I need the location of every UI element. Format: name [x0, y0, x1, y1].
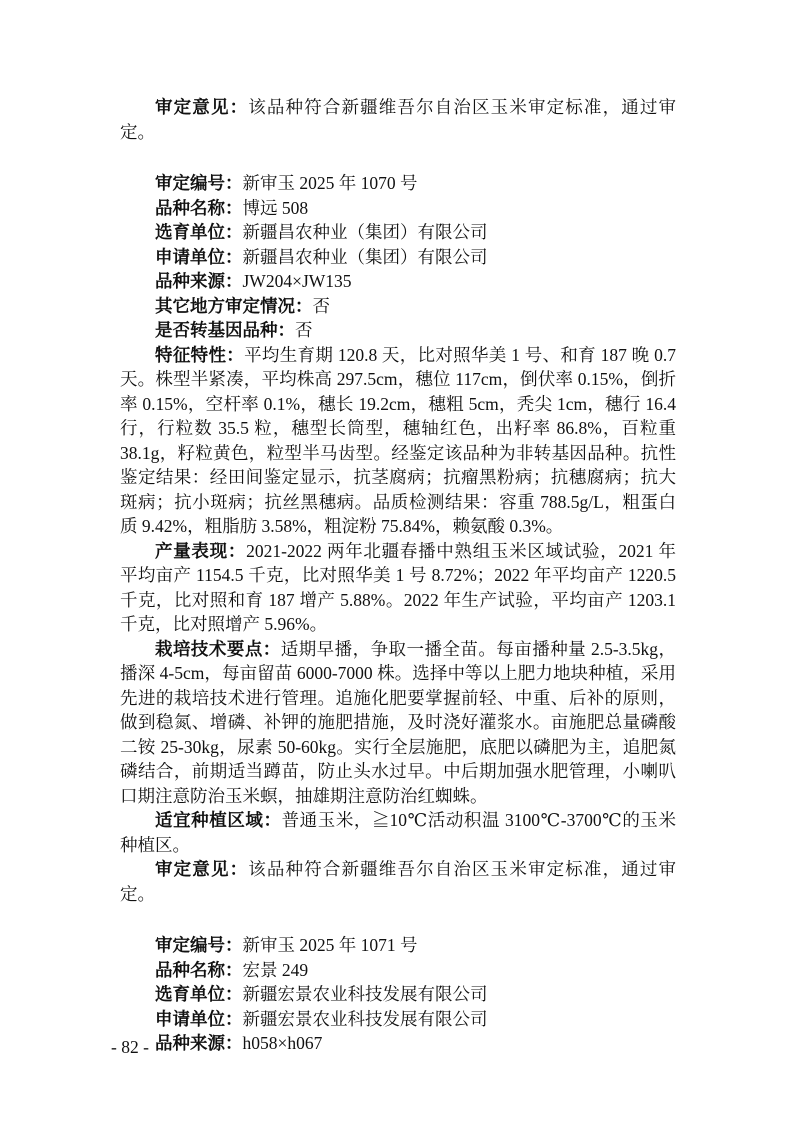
field-value: h058×h067 — [243, 1033, 323, 1053]
approval-opinion-previous: 审定意见：该品种符合新疆维吾尔自治区玉米审定标准，通过审定。 — [120, 95, 676, 144]
document-content: 审定意见：该品种符合新疆维吾尔自治区玉米审定标准，通过审定。 审定编号：新审玉 … — [120, 95, 676, 1056]
field-value: 宏景 249 — [243, 960, 309, 980]
field-label: 选育单位： — [155, 222, 243, 242]
field-label: 品种来源： — [155, 1033, 243, 1053]
field-value: 新疆昌农种业（集团）有限公司 — [243, 222, 488, 242]
paragraph-label: 产量表现： — [155, 541, 246, 561]
paragraph-text: 适期早播，争取一播全苗。每亩播种量 2.5-3.5kg，播深 4-5cm，每亩留… — [120, 639, 676, 806]
field-row-breeding-unit: 选育单位：新疆昌农种业（集团）有限公司 — [120, 220, 676, 245]
field-label: 申请单位： — [155, 247, 243, 267]
field-row-variety-source: 品种来源：JW204×JW135 — [120, 269, 676, 294]
field-label: 是否转基因品种： — [155, 320, 295, 340]
field-value: 博远 508 — [243, 198, 309, 218]
field-label: 申请单位： — [155, 1009, 243, 1029]
page-number: - 82 - — [111, 1035, 149, 1060]
paragraph-label: 特征特性： — [155, 345, 244, 365]
paragraph-characteristics: 特征特性：平均生育期 120.8 天，比对照华美 1 号、和育 187 晚 0.… — [120, 343, 676, 539]
field-label: 审定编号： — [155, 935, 243, 955]
field-value: JW204×JW135 — [243, 271, 352, 291]
paragraph-label: 审定意见： — [155, 859, 248, 879]
field-label: 审定意见： — [155, 97, 248, 117]
field-row-transgenic-status: 是否转基因品种：否 — [120, 318, 676, 343]
field-label: 品种来源： — [155, 271, 243, 291]
paragraph-suitable-planting-area: 适宜种植区域：普通玉米，≧10℃活动积温 3100℃-3700℃的玉米种植区。 — [120, 808, 676, 857]
field-value: 新疆宏景农业科技发展有限公司 — [243, 1009, 488, 1029]
field-row-breeding-unit: 选育单位：新疆宏景农业科技发展有限公司 — [120, 982, 676, 1007]
field-row-variety-name: 品种名称：博远 508 — [120, 196, 676, 221]
paragraph-cultivation-techniques: 栽培技术要点：适期早播，争取一播全苗。每亩播种量 2.5-3.5kg，播深 4-… — [120, 637, 676, 809]
field-value: 新疆宏景农业科技发展有限公司 — [243, 984, 488, 1004]
field-row-applicant-unit: 申请单位：新疆昌农种业（集团）有限公司 — [120, 245, 676, 270]
field-value: 新疆昌农种业（集团）有限公司 — [243, 247, 488, 267]
paragraph-yield-performance: 产量表现：2021-2022 两年北疆春播中熟组玉米区域试验，2021 年平均亩… — [120, 539, 676, 637]
field-value: 否 — [313, 296, 331, 316]
field-row-approval-number: 审定编号：新审玉 2025 年 1071 号 — [120, 933, 676, 958]
field-value: 新审玉 2025 年 1071 号 — [243, 935, 418, 955]
paragraph-approval-opinion: 审定意见：该品种符合新疆维吾尔自治区玉米审定标准，通过审定。 — [120, 857, 676, 906]
paragraph-label: 栽培技术要点： — [155, 639, 281, 659]
field-label: 品种名称： — [155, 198, 243, 218]
document-page: 审定意见：该品种符合新疆维吾尔自治区玉米审定标准，通过审定。 审定编号：新审玉 … — [0, 0, 793, 1122]
paragraph-label: 适宜种植区域： — [155, 810, 282, 830]
field-label: 其它地方审定情况： — [155, 296, 313, 316]
field-row-variety-name: 品种名称：宏景 249 — [120, 958, 676, 983]
field-label: 选育单位： — [155, 984, 243, 1004]
field-row-applicant-unit: 申请单位：新疆宏景农业科技发展有限公司 — [120, 1007, 676, 1032]
field-value: 新审玉 2025 年 1070 号 — [243, 173, 418, 193]
field-row-variety-source: 品种来源：h058×h067 — [120, 1031, 676, 1056]
field-label: 审定编号： — [155, 173, 243, 193]
field-row-approval-number: 审定编号：新审玉 2025 年 1070 号 — [120, 171, 676, 196]
blank-line — [120, 906, 676, 933]
paragraph-text: 平均生育期 120.8 天，比对照华美 1 号、和育 187 晚 0.7 天。株… — [120, 345, 676, 537]
field-row-other-approval-status: 其它地方审定情况：否 — [120, 294, 676, 319]
field-value: 否 — [295, 320, 313, 340]
field-label: 品种名称： — [155, 960, 243, 980]
blank-line — [120, 144, 676, 171]
